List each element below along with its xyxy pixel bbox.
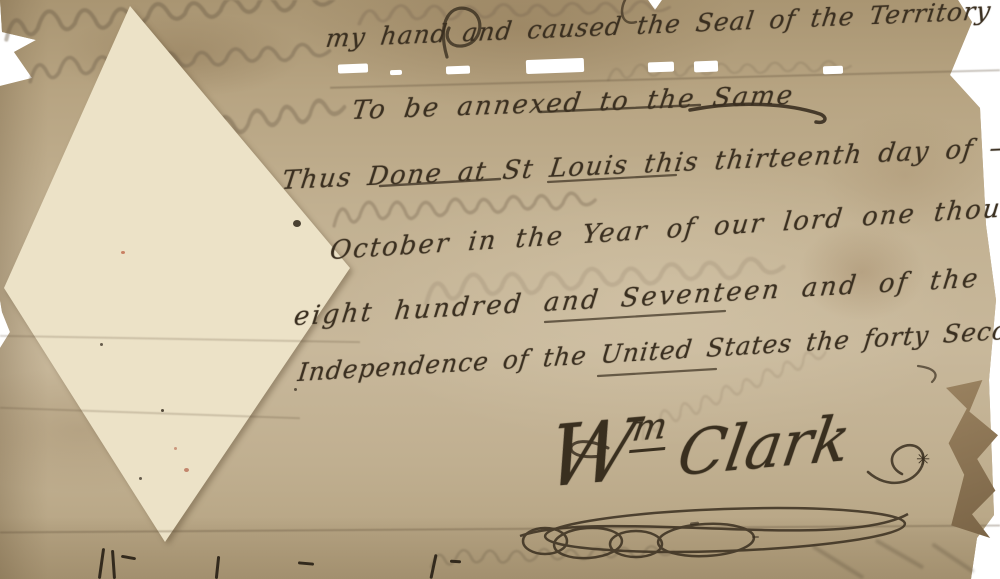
tear-gap	[390, 70, 402, 75]
tear-gap	[526, 58, 584, 74]
scanned-manuscript: my hand and caused the Seal of the Terri…	[0, 0, 1000, 579]
ink-speck	[293, 220, 301, 227]
tear-gap	[823, 66, 843, 75]
signature-initial: W	[542, 407, 642, 500]
signature-star-mark: ✳	[916, 450, 930, 470]
ink-speck	[161, 409, 164, 412]
signature-surname: Clark	[674, 407, 855, 485]
tear-gap	[694, 61, 718, 73]
signature-superscript: m	[629, 405, 672, 453]
ink-speck	[294, 388, 297, 391]
red-speck	[121, 251, 125, 254]
red-speck	[184, 468, 189, 472]
red-speck	[174, 447, 177, 450]
tear-gap	[648, 62, 674, 73]
ink-speck	[139, 477, 142, 480]
tear-gap	[338, 63, 368, 73]
tear-gap	[446, 66, 470, 75]
seal-paper-diamond	[0, 0, 360, 560]
ink-speck	[100, 343, 103, 346]
